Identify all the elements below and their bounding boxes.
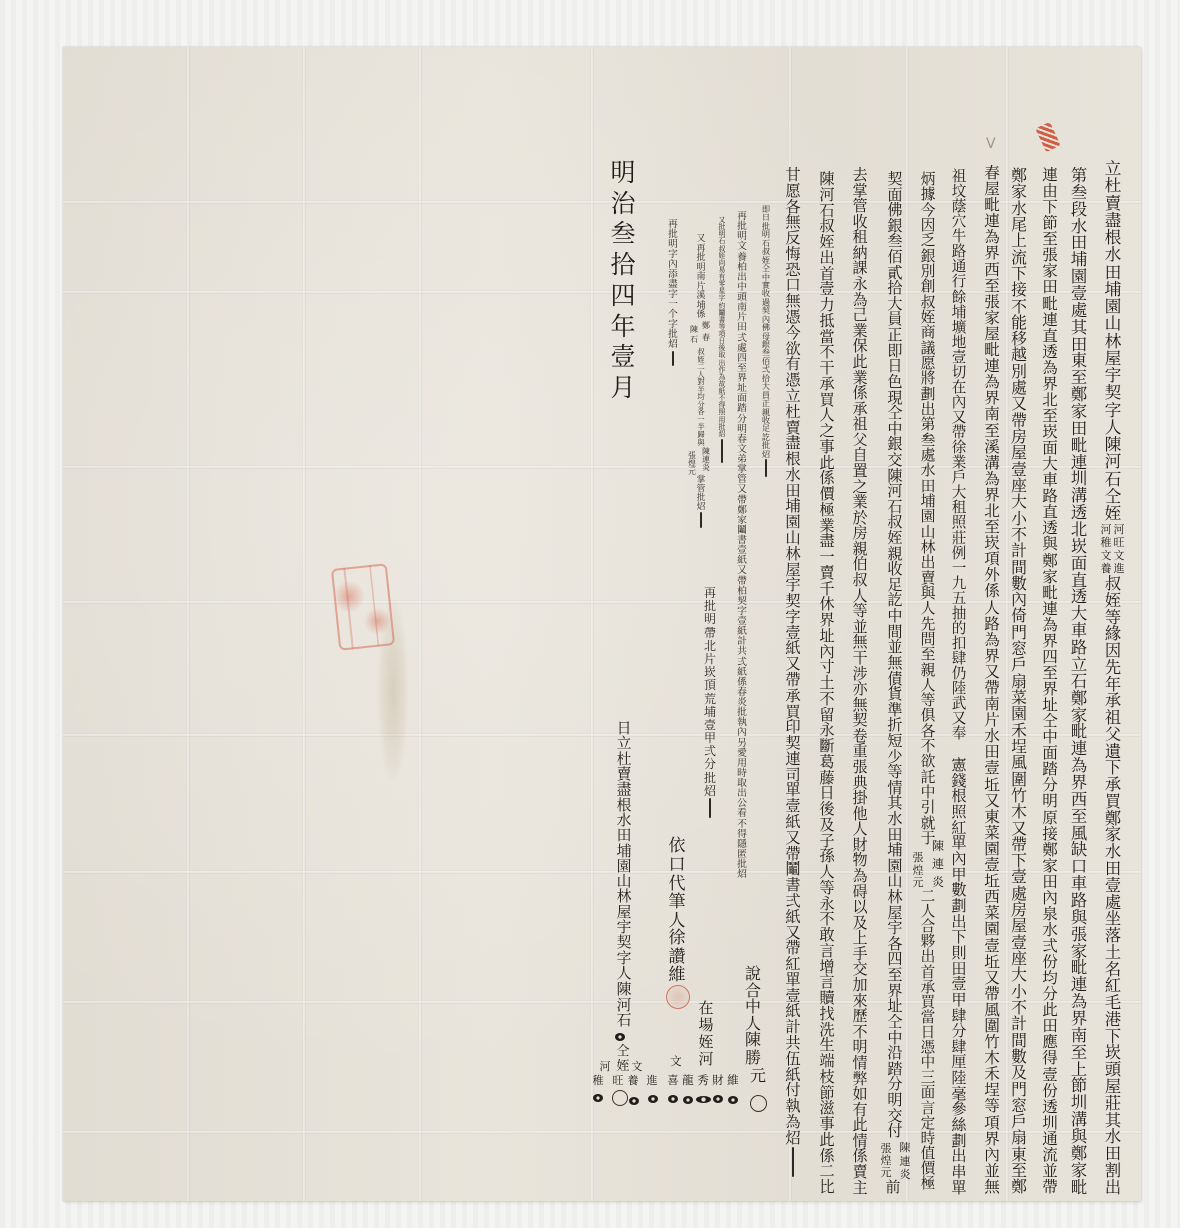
body-column-2: 第叁段水田埔園壹處其田東至鄭家田毗連圳溝透北崁面直透大車路立石鄭家毗連為界西至風… xyxy=(1066,168,1092,1196)
glyph: 又 xyxy=(737,485,747,495)
glyph: 炤 xyxy=(719,431,726,438)
glyph: 叔 xyxy=(852,573,867,588)
glyph: 仝 xyxy=(616,1045,629,1058)
glyph: 乏 xyxy=(921,233,936,248)
glyph: 落 xyxy=(1105,928,1121,944)
glyph: 片 xyxy=(704,653,716,665)
glyph: 養 xyxy=(628,1075,639,1086)
glyph: 徐 xyxy=(669,930,686,947)
glyph: 契 xyxy=(887,172,902,187)
glyph: 林 xyxy=(887,890,902,905)
glyph: 面 xyxy=(1071,556,1087,572)
glyph: 照 xyxy=(951,805,966,820)
present-name-wei: 維 xyxy=(726,1075,740,1087)
glyph: 前 xyxy=(885,1180,900,1195)
glyph: 界 xyxy=(984,1132,1000,1148)
glyph: 代 xyxy=(669,876,686,893)
glyph: 正 xyxy=(887,328,902,343)
annotation-2: 再批明文養柏出中頭南片田弍處四至界址面踏分明春文弟掌管又帶鄭家鬮書壹紙又帶柏契字… xyxy=(736,212,748,880)
body-column-1-names-right: 河旺文進 xyxy=(1113,524,1125,574)
glyph: 無 xyxy=(984,1180,1000,1196)
glyph: 進 xyxy=(647,1075,658,1086)
glyph: 內 xyxy=(984,1148,1000,1164)
glyph: 壹 xyxy=(1011,869,1027,885)
glyph: 家 xyxy=(1011,184,1027,200)
signature-mark xyxy=(668,1095,678,1103)
glyph: 言 xyxy=(921,1102,936,1117)
middleman-name-last: 元 xyxy=(746,1068,770,1085)
glyph: 干 xyxy=(819,361,834,376)
glyph: 溝 xyxy=(984,456,1000,472)
annotation-1: 即日批明石叔姪仝中實收過契內佛母銀叁佰弍拾大員正親收足訖批炤 xyxy=(760,205,772,458)
glyph: 串 xyxy=(951,1165,966,1180)
annotation-4-names-right: 鄭春 xyxy=(701,322,711,342)
glyph: 家 xyxy=(1042,570,1058,586)
glyph: 溪 xyxy=(984,440,1000,456)
glyph: 比 xyxy=(819,1180,834,1195)
glyph: 陳 xyxy=(617,982,632,997)
glyph: 土 xyxy=(819,676,834,691)
glyph: 鄭 xyxy=(1071,691,1087,707)
glyph: 坵 xyxy=(984,955,1000,971)
glyph: 壹 xyxy=(610,344,635,369)
glyph: 姪 xyxy=(1105,593,1121,609)
middleman-label: 說合中人 xyxy=(741,966,765,1032)
glyph: 承 xyxy=(819,377,834,392)
glyph: 南 xyxy=(984,407,1000,423)
glyph: 據 xyxy=(921,187,936,202)
glyph: 石 xyxy=(617,1013,632,1028)
signature-mark xyxy=(728,1096,738,1104)
glyph: 叁 xyxy=(1071,185,1087,201)
glyph: 則 xyxy=(951,946,966,961)
glyph: 祖 xyxy=(1105,710,1121,726)
glyph: 明 xyxy=(1042,794,1058,810)
glyph: 木 xyxy=(1011,804,1027,820)
nephew-name-wang: 旺 xyxy=(612,1075,624,1087)
glyph: 內 xyxy=(737,728,747,738)
glyph: 極 xyxy=(819,503,834,518)
closing-stroke xyxy=(700,512,702,528)
glyph: 筆 xyxy=(669,894,686,911)
glyph: 張 xyxy=(913,852,924,863)
glyph: 段 xyxy=(1071,202,1087,218)
glyph: 出 xyxy=(921,555,936,570)
body-column-8-buyer-name-left: 張煌元 xyxy=(880,1143,892,1178)
glyph: 陳 xyxy=(932,840,944,852)
glyph: 風 xyxy=(1011,755,1027,771)
glyph: 場 xyxy=(698,1018,713,1033)
scribe-label: 依口代筆人 xyxy=(665,838,689,930)
glyph: 張 xyxy=(1071,927,1087,943)
glyph: 明 xyxy=(737,425,747,435)
glyph: 旺 xyxy=(613,1075,624,1086)
glyph: 毛 xyxy=(1105,995,1121,1011)
glyph: 贖 xyxy=(819,991,834,1006)
scribe-name: 徐讚維 xyxy=(665,930,689,984)
glyph: 元 xyxy=(750,1068,766,1084)
glyph: 連 xyxy=(900,1156,911,1167)
signature-mark xyxy=(683,1096,693,1104)
glyph: 鄭 xyxy=(737,506,747,516)
glyph: 中 xyxy=(887,609,902,624)
body-column-10: 陳河石叔姪出首壹力抵當不干承買人之事此係價極業盡一賣千休界址內寸土不留永斷葛藤日… xyxy=(814,172,840,1196)
glyph: 進 xyxy=(1114,563,1125,574)
glyph: 田 xyxy=(1105,861,1121,877)
glyph: 得 xyxy=(737,830,747,840)
nephew-prefix-he: 河 xyxy=(599,1061,611,1073)
glyph: 杜 xyxy=(785,405,800,420)
glyph: 出 xyxy=(1105,1180,1121,1196)
glyph: 共 xyxy=(737,647,747,657)
glyph: 戶 xyxy=(1011,657,1027,673)
closing-stroke xyxy=(672,351,674,366)
glyph: 石 xyxy=(1071,674,1087,690)
glyph: 仝 xyxy=(1105,488,1122,505)
glyph: 為 xyxy=(1042,361,1058,377)
glyph: 根 xyxy=(1105,229,1122,246)
glyph: 接 xyxy=(1011,282,1027,298)
glyph: 管 xyxy=(852,199,867,214)
glyph: 園 xyxy=(1105,298,1122,315)
glyph: 愛 xyxy=(737,749,747,759)
glyph: 河 xyxy=(1101,524,1112,535)
body-column-8-buyer-name-right: 陳連炎 xyxy=(899,1142,911,1180)
glyph: 大 xyxy=(1011,967,1027,983)
fold-crease-vertical xyxy=(302,47,306,1201)
glyph: 情 xyxy=(852,1056,867,1071)
middleman-name: 陳勝 xyxy=(741,1032,765,1066)
glyph: 龍 xyxy=(682,1075,694,1087)
glyph: 明 xyxy=(610,160,635,185)
glyph: 說 xyxy=(745,966,761,982)
glyph: 掛 xyxy=(852,791,867,806)
glyph: 立 xyxy=(785,389,800,404)
glyph: 河 xyxy=(1105,453,1122,470)
glyph: 創 xyxy=(921,279,936,294)
glyph: 杜 xyxy=(1105,177,1122,194)
glyph: 仝 xyxy=(887,1015,902,1030)
glyph: 壹 xyxy=(704,719,716,731)
glyph: 姪 xyxy=(887,531,902,546)
glyph: 至 xyxy=(984,279,1000,295)
glyph: 越 xyxy=(1011,347,1027,363)
glyph: 為 xyxy=(1042,618,1058,634)
glyph: 弍 xyxy=(737,658,747,668)
glyph: 割 xyxy=(1105,1163,1121,1179)
glyph: 圳 xyxy=(1042,1116,1058,1132)
glyph: 年 xyxy=(610,314,635,339)
glyph: 界 xyxy=(984,246,1000,262)
present-name-long: 龍 xyxy=(681,1075,695,1087)
body-column-1-names-left: 河稚文養 xyxy=(1100,524,1112,574)
glyph: 承 xyxy=(1105,777,1121,793)
glyph: 連 xyxy=(785,752,800,767)
glyph: 例 xyxy=(952,547,967,562)
glyph: 一 xyxy=(819,550,834,565)
glyph: 至 xyxy=(1071,1045,1087,1061)
glyph: 埔 xyxy=(704,706,716,718)
glyph: 車 xyxy=(1071,876,1087,892)
body-column-1-b: 叔姪等緣因先年承祖父遺下承買鄭家水田壹處坐落土名紅毛港下崁頭屋莊其水田割出 xyxy=(1100,576,1126,1196)
glyph: 付 xyxy=(887,1124,902,1139)
glyph: 甲 xyxy=(951,993,966,1008)
glyph: 承 xyxy=(785,689,800,704)
glyph: 人 xyxy=(921,601,936,616)
glyph: 水 xyxy=(785,468,800,483)
present-other-prefix: 文 xyxy=(669,1056,683,1068)
glyph: 連 xyxy=(932,858,944,870)
glyph: 接 xyxy=(1042,827,1058,843)
body-column-9: 去掌管收租納課永為己業保此業係承祖父自置之業於房親伯叔人等並無干涉亦無契卷重張典… xyxy=(847,168,873,1196)
glyph: 買 xyxy=(1105,794,1121,810)
glyph: 炎 xyxy=(900,1169,911,1180)
glyph: 帶 xyxy=(785,673,800,688)
glyph: 永 xyxy=(852,277,867,292)
glyph: 毗 xyxy=(1071,438,1087,454)
glyph: 崁 xyxy=(704,666,716,678)
glyph: 又 xyxy=(1011,396,1027,412)
glyph: 莊 xyxy=(952,532,967,547)
glyph: 水 xyxy=(921,463,936,478)
glyph: 叁 xyxy=(610,221,635,246)
glyph: 亦 xyxy=(852,682,867,697)
glyph: 山 xyxy=(785,531,800,546)
glyph: 找 xyxy=(819,1007,834,1022)
glyph: 屋 xyxy=(1105,350,1122,367)
glyph: 文 xyxy=(737,242,747,252)
glyph: 主 xyxy=(852,1181,867,1196)
glyph: 埔 xyxy=(952,306,967,321)
glyph: 路 xyxy=(984,617,1000,633)
signature-mark xyxy=(713,1095,723,1103)
glyph: 為 xyxy=(852,869,867,884)
present-nephews-label: 在場姪河 xyxy=(694,1001,718,1067)
seller-label: 日立杜賣盡根水田埔園山林屋宇契字人 xyxy=(612,722,636,982)
glyph: 看 xyxy=(737,809,747,819)
glyph: 鄭 xyxy=(1011,1179,1027,1195)
glyph: 屋 xyxy=(1011,445,1027,461)
glyph: 養 xyxy=(737,253,747,263)
glyph: 南 xyxy=(696,273,705,282)
glyph: 稚 xyxy=(593,1075,604,1086)
glyph: 壹 xyxy=(984,761,1000,777)
glyph: 商 xyxy=(921,325,936,340)
glyph: 言 xyxy=(819,944,834,959)
glyph: 文 xyxy=(1101,550,1112,561)
glyph: 單 xyxy=(785,973,800,988)
glyph: 柏 xyxy=(737,587,747,597)
glyph: 炤 xyxy=(668,340,678,350)
glyph: 旺 xyxy=(1114,537,1125,548)
glyph: 田 xyxy=(1042,280,1058,296)
glyph: 屋 xyxy=(1011,918,1027,934)
glyph: 河 xyxy=(698,1052,713,1067)
glyph: 張 xyxy=(852,760,867,775)
annotation-4-buyers-right: 陳連炎 xyxy=(701,448,711,472)
glyph: 端 xyxy=(819,1054,834,1069)
glyph: 面 xyxy=(921,1086,936,1101)
glyph: 敢 xyxy=(819,928,834,943)
glyph: 批 xyxy=(704,772,716,784)
glyph: 屋 xyxy=(1105,1079,1121,1095)
glyph: 壹 xyxy=(1071,286,1087,302)
glyph: 倚 xyxy=(1011,608,1027,624)
glyph: 父 xyxy=(1105,727,1121,743)
glyph: 明 xyxy=(887,1093,902,1108)
body-column-3: 連由下節至張家田毗連直透為界北至崁面大車路直透與鄭家毗連為界四至界址仝中面踏分明… xyxy=(1037,168,1063,1196)
glyph: 至 xyxy=(887,968,902,983)
glyph: 等 xyxy=(984,1099,1000,1115)
glyph: 宇 xyxy=(1105,367,1122,384)
glyph: 喜 xyxy=(667,1075,679,1087)
glyph: 單 xyxy=(951,1181,966,1196)
annotation-4-buyers-left: 張煌元 xyxy=(687,452,697,476)
glyph: 干 xyxy=(852,651,867,666)
body-column-6-b: 憲錢根照紅單內甲數劃出下則田壹甲肆分肆厘陸毫參絲劃出串單 xyxy=(946,758,972,1196)
glyph: 上 xyxy=(1011,233,1027,249)
glyph: 間 xyxy=(1011,560,1027,576)
glyph: 與 xyxy=(1071,1129,1087,1145)
glyph: 愿 xyxy=(785,184,800,199)
glyph: 係 xyxy=(984,584,1000,600)
glyph: 西 xyxy=(984,263,1000,279)
glyph: 立 xyxy=(1105,160,1122,177)
glyph: 沿 xyxy=(887,1046,902,1061)
glyph: 柏 xyxy=(737,263,747,273)
glyph: 拾 xyxy=(610,252,635,277)
glyph: 文 xyxy=(1114,550,1125,561)
glyph: 以 xyxy=(852,900,867,915)
glyph: 崁 xyxy=(1071,539,1087,555)
glyph: 北 xyxy=(704,640,716,652)
glyph: 此 xyxy=(852,355,867,370)
round-seal-outline xyxy=(612,1090,628,1106)
glyph: 界 xyxy=(819,613,834,628)
glyph: 界 xyxy=(1071,1011,1087,1027)
fold-crease-vertical xyxy=(590,47,594,1201)
glyph: 炤 xyxy=(704,785,716,797)
glyph: 至 xyxy=(921,647,936,662)
fold-crease-vertical xyxy=(418,47,422,1201)
glyph: 炤 xyxy=(785,1131,800,1146)
glyph: 園 xyxy=(984,922,1000,938)
body-column-7-a: 炳據今因乏銀別創叔姪商議愿將劃出第叁處水田埔園山林出賣與人先問至親人等俱各不欲託… xyxy=(915,172,941,846)
glyph: 連 xyxy=(1042,602,1058,618)
glyph: 明 xyxy=(704,613,716,625)
glyph: 契 xyxy=(1105,384,1122,401)
glyph: 立 xyxy=(617,737,632,752)
glyph: 後 xyxy=(819,802,834,817)
glyph: 毗 xyxy=(1042,586,1058,602)
scribe-red-seal xyxy=(666,985,690,1009)
glyph: 今 xyxy=(785,326,800,341)
glyph: 計 xyxy=(1011,1016,1027,1032)
glyph: 水 xyxy=(1105,246,1122,263)
glyph: 此 xyxy=(819,1133,834,1148)
glyph: 在 xyxy=(698,1001,713,1016)
glyph: 為 xyxy=(785,1115,800,1130)
glyph: 壹 xyxy=(1105,878,1121,894)
glyph: 再 xyxy=(704,587,716,599)
glyph: 四 xyxy=(610,283,635,308)
glyph: 秀 xyxy=(697,1075,709,1087)
signature-mark xyxy=(629,1097,639,1105)
glyph: 姪 xyxy=(698,1035,713,1050)
glyph: 河 xyxy=(1114,524,1125,535)
glyph: 鄭 xyxy=(702,322,710,330)
glyph: 份 xyxy=(1042,1084,1058,1100)
glyph: 項 xyxy=(984,1116,1000,1132)
glyph: 弍 xyxy=(704,745,716,757)
glyph: 春 xyxy=(702,334,710,342)
seller-name: 陳河石 xyxy=(612,982,636,1028)
glyph: 元 xyxy=(688,468,696,476)
glyph: 田 xyxy=(1071,421,1087,437)
glyph: 林 xyxy=(1105,333,1122,350)
glyph: 等 xyxy=(819,881,834,896)
glyph: 連 xyxy=(1042,313,1058,329)
glyph: 與 xyxy=(697,439,704,446)
glyph: 元 xyxy=(881,1167,892,1178)
glyph: 分 xyxy=(737,415,747,425)
glyph: 價 xyxy=(819,487,834,502)
glyph: 水 xyxy=(887,812,902,827)
glyph: 貨 xyxy=(887,687,902,702)
glyph: 炎 xyxy=(702,464,710,472)
annotation-4-names-left: 陳石 xyxy=(689,326,699,344)
glyph: 立 xyxy=(1071,657,1087,673)
glyph: 莊 xyxy=(1105,1096,1121,1112)
glyph: 又 xyxy=(785,831,800,846)
glyph: 短 xyxy=(887,734,902,749)
glyph: 出 xyxy=(921,950,936,965)
glyph: 石 xyxy=(690,336,698,344)
glyph: 田 xyxy=(1105,1146,1121,1162)
glyph: 路 xyxy=(1071,893,1087,909)
glyph: 扇 xyxy=(1011,1130,1027,1146)
glyph: 如 xyxy=(852,1087,867,1102)
annotation-3: 又批明石叔姪向易有零星字約鬮書等項日後取出作為故紙不得照用批炤 xyxy=(716,217,728,438)
glyph: 田 xyxy=(1105,264,1122,281)
glyph: 煌 xyxy=(881,1155,892,1166)
glyph: 河 xyxy=(819,188,834,203)
glyph: 田 xyxy=(737,323,747,333)
glyph: 直 xyxy=(1042,329,1058,345)
glyph: 帶 xyxy=(1042,1180,1058,1196)
glyph: 係 xyxy=(852,386,867,401)
glyph: 陳 xyxy=(1105,436,1122,453)
glyph: 賣 xyxy=(1105,195,1122,212)
glyph: 稚 xyxy=(1101,537,1112,548)
closing-stroke xyxy=(765,459,767,477)
present-other-name: 喜 xyxy=(666,1075,680,1087)
glyph: 甲 xyxy=(704,732,716,744)
glyph: 分 xyxy=(704,758,716,770)
glyph: 帶 xyxy=(737,577,747,587)
glyph: 奉 xyxy=(952,727,967,742)
glyph: 陳 xyxy=(819,172,834,187)
glyph: 通 xyxy=(1042,1132,1058,1148)
glyph: 色 xyxy=(887,375,902,390)
glyph: 養 xyxy=(1101,563,1112,574)
glyph: 其 xyxy=(1071,320,1087,336)
glyph: 鄭 xyxy=(1042,554,1058,570)
glyph: 及 xyxy=(819,818,834,833)
glyph: 盡 xyxy=(617,783,632,798)
glyph: 山 xyxy=(1105,315,1122,332)
glyph: 叔 xyxy=(1105,576,1121,592)
